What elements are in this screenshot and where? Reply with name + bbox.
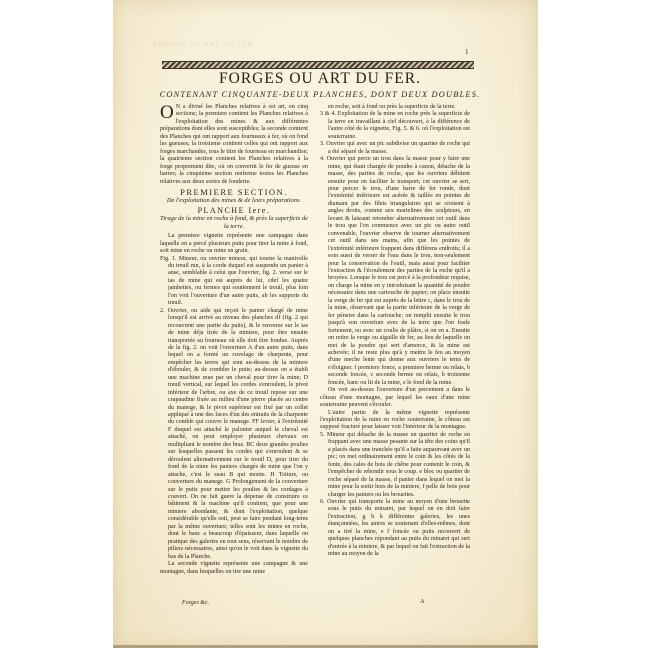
signature-mark: A [420, 598, 425, 605]
paragraph: On voit au-dessus l'ouverture d'un perce… [320, 387, 470, 409]
figure-item: 3. Ouvrier qui avec un pic subdivise un … [320, 141, 470, 156]
figure-item: 2. Ouvrier, ou aide qui reçoit le panier… [160, 308, 308, 561]
plate-heading: PLANCHE Iere. [160, 207, 308, 214]
left-column: ON a divisé les Planches relatives à cet… [160, 104, 308, 576]
drop-cap: O [160, 105, 174, 120]
page-title: FORGES OU ART DU FER. [150, 70, 490, 88]
show-through-header: FORGES OU ART DU FER. [95, 40, 315, 52]
page-edge [113, 645, 538, 648]
paragraph: La seconde vignette représente une campa… [160, 561, 308, 576]
figure-item: Fig. 1. Mineur, ou ouvrier mineur, qui t… [160, 256, 308, 308]
intro-paragraph: ON a divisé les Planches relatives à cet… [160, 104, 308, 186]
catchword: Forges &c. [182, 600, 209, 606]
section-heading: PREMIERE SECTION. [160, 189, 308, 196]
paragraph: La premiere vignette représente une camp… [160, 233, 308, 255]
ornamental-rule [162, 61, 474, 69]
figure-item: 3 & 4. Exploitation de la mine en roche … [320, 111, 470, 141]
page-number: 1 [465, 48, 469, 56]
plate-subheading: Tirage de la mine en roche à fond, & prè… [160, 215, 308, 230]
right-column: en roche, soit à fond ou près la superfi… [320, 104, 470, 559]
figure-item: 6. Ouvrier qui transporte la mine au moy… [320, 499, 470, 559]
figure-item: 4. Ouvrier qui perce un trou dans la mas… [320, 156, 470, 387]
figure-item: 5. Mineur qui détache de la masse un qua… [320, 432, 470, 499]
paragraph: L'autre partie de la même vignette repré… [320, 410, 470, 432]
page-subtitle: CONTENANT CINQUANTE-DEUX PLANCHES, DONT … [150, 90, 490, 99]
section-subheading: De l'exploitation des mines & de leurs p… [160, 197, 308, 204]
